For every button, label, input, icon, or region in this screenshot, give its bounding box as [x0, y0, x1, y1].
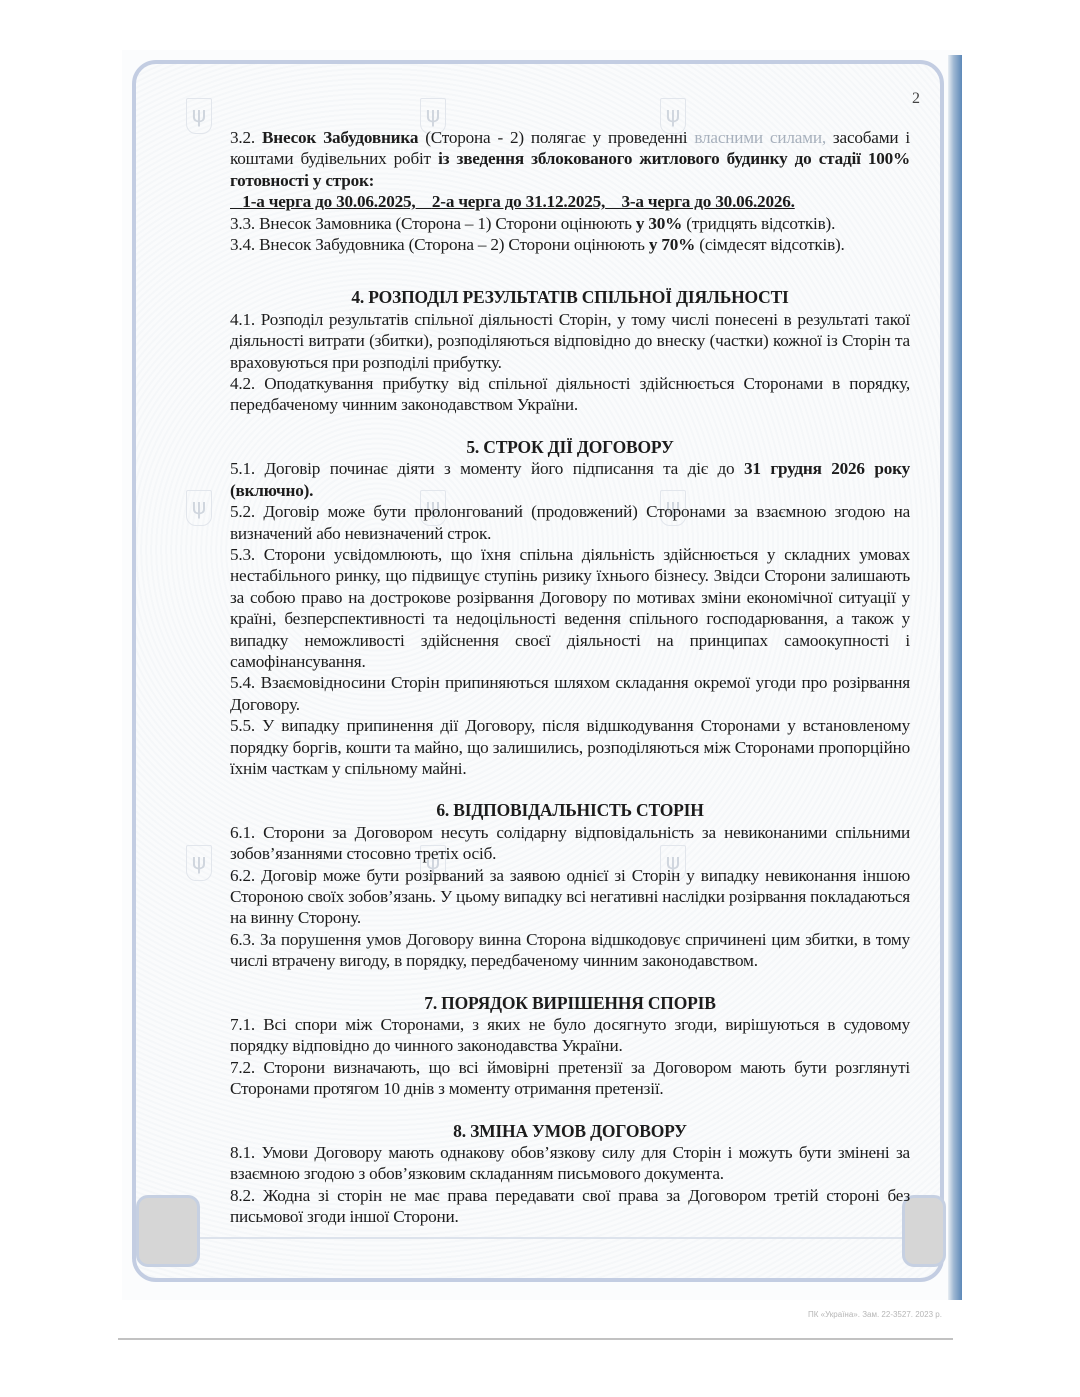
clause-text: (сімдесят відсотків). — [699, 235, 844, 254]
clause-8-1: 8.1. Умови Договору мають однакову обов’… — [230, 1142, 910, 1185]
clause-text: (Сторона - 2) полягає у проведенні — [425, 128, 687, 147]
clause-6-2: 6.2. Договір може бути розірваний за зая… — [230, 865, 910, 929]
deadline-1: 1-а черга до 30.06.2025, — [242, 192, 415, 211]
section-5-heading: 5. СТРОК ДІЇ ДОГОВОРУ — [230, 437, 910, 458]
faded-text: власними силами, — [694, 128, 826, 147]
trident-emblem-icon: ψ — [186, 98, 212, 134]
scan-edge-line — [118, 1338, 953, 1340]
clause-7-2: 7.2. Сторони визначають, що всі ймовірні… — [230, 1057, 910, 1100]
clause-text: 5.1. Договір починає діяти з моменту йог… — [230, 459, 734, 478]
trident-emblem-icon: ψ — [186, 490, 212, 526]
clause-8-2: 8.2. Жодна зі сторін не має права переда… — [230, 1185, 910, 1228]
clause-6-1: 6.1. Сторони за Договором несуть солідар… — [230, 822, 910, 865]
sheet-edge — [948, 55, 962, 1300]
clause-5-2: 5.2. Договір може бути пролонгований (пр… — [230, 501, 910, 544]
inner-divider — [136, 1237, 940, 1239]
clause-5-5: 5.5. У випадку припинення дії Договору, … — [230, 715, 910, 779]
clause-3-3: 3.3. Внесок Замовника (Сторона – 1) Стор… — [230, 213, 910, 234]
clause-4-1: 4.1. Розподіл результатів спільної діяль… — [230, 309, 910, 373]
section-7-heading: 7. ПОРЯДОК ВИРІШЕННЯ СПОРІВ — [230, 993, 910, 1014]
clause-5-4: 5.4. Взаємовідносини Сторін припиняються… — [230, 672, 910, 715]
clause-7-1: 7.1. Всі спори між Сторонами, з яких не … — [230, 1014, 910, 1057]
section-8-heading: 8. ЗМІНА УМОВ ДОГОВОРУ — [230, 1121, 910, 1142]
clause-3-2: 3.2. Внесок Забудовника (Сторона - 2) по… — [230, 127, 910, 191]
page-number: 2 — [912, 90, 920, 108]
trident-emblem-icon: ψ — [186, 845, 212, 881]
clause-5-3: 5.3. Сторони усвідомлюють, що їхня спіль… — [230, 544, 910, 672]
clause-4-2: 4.2. Оподаткування прибутку від спільної… — [230, 373, 910, 416]
clause-5-1: 5.1. Договір починає діяти з моменту йог… — [230, 458, 910, 501]
contract-body: 3.2. Внесок Забудовника (Сторона - 2) по… — [230, 127, 910, 1228]
percentage: у 30% — [636, 214, 682, 233]
frame-corner-tab-left — [136, 1195, 200, 1267]
party-name: Внесок Забудовника — [262, 128, 418, 147]
deadline-2: 2-а черга до 31.12.2025, — [432, 192, 605, 211]
clause-text: (тридцять відсотків). — [686, 214, 835, 233]
deadline-3: 3-а черга до 30.06.2026. — [622, 192, 795, 211]
deadline-list: 1-а черга до 30.06.2025, 2-а черга до 31… — [230, 191, 910, 212]
clause-text: 3.4. Внесок Забудовника (Сторона – 2) Ст… — [230, 235, 645, 254]
clause-number: 3.2. — [230, 128, 255, 147]
clause-3-4: 3.4. Внесок Забудовника (Сторона – 2) Ст… — [230, 234, 910, 255]
clause-text: 3.3. Внесок Замовника (Сторона – 1) Стор… — [230, 214, 632, 233]
section-4-heading: 4. РОЗПОДІЛ РЕЗУЛЬТАТІВ СПІЛЬНОЇ ДІЯЛЬНО… — [230, 287, 910, 308]
clause-6-3: 6.3. За порушення умов Договору винна Ст… — [230, 929, 910, 972]
printer-imprint: ПК «Україна». Зам. 22-3527. 2023 р. — [808, 1310, 942, 1319]
percentage: у 70% — [649, 235, 695, 254]
section-6-heading: 6. ВІДПОВІДАЛЬНІСТЬ СТОРІН — [230, 800, 910, 821]
